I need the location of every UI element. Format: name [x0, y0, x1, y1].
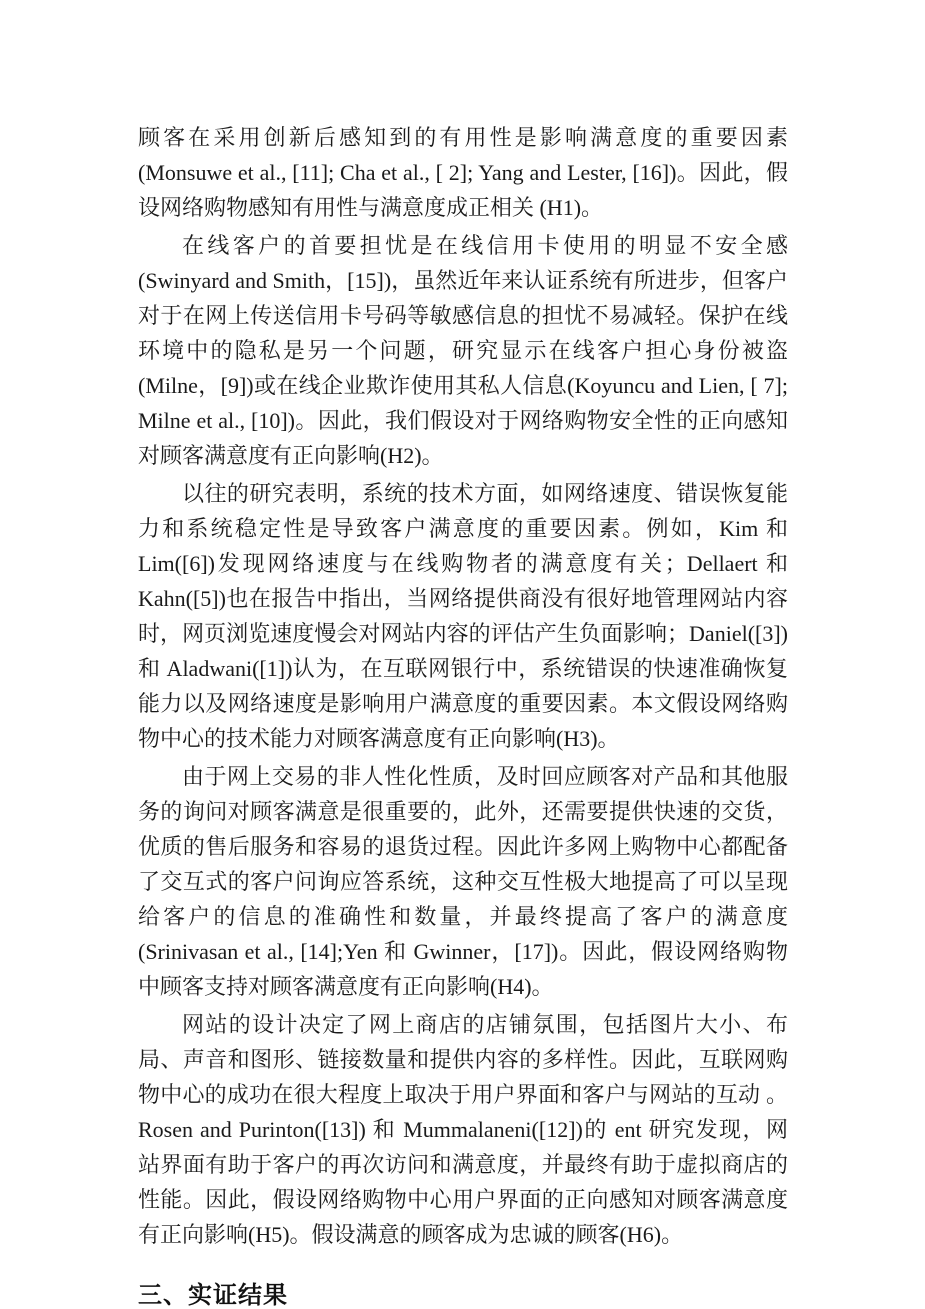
paragraph-5: 网站的设计决定了网上商店的店铺氛围，包括图片大小、布局、声音和图形、链接数量和提…: [138, 1007, 788, 1252]
paragraph-4: 由于网上交易的非人性化性质，及时回应顾客对产品和其他服务的询问对顾客满意是很重要…: [138, 759, 788, 1004]
section-heading: 三、实证结果: [138, 1278, 788, 1309]
paragraph-1: 顾客在采用创新后感知到的有用性是影响满意度的重要因素(Monsuwe et al…: [138, 120, 788, 225]
document-page: 顾客在采用创新后感知到的有用性是影响满意度的重要因素(Monsuwe et al…: [0, 0, 925, 1309]
paragraph-2: 在线客户的首要担忧是在线信用卡使用的明显不安全感(Swinyard and Sm…: [138, 228, 788, 473]
paragraph-3: 以往的研究表明，系统的技术方面，如网络速度、错误恢复能力和系统稳定性是导致客户满…: [138, 476, 788, 756]
document-body: 顾客在采用创新后感知到的有用性是影响满意度的重要因素(Monsuwe et al…: [138, 120, 788, 1309]
